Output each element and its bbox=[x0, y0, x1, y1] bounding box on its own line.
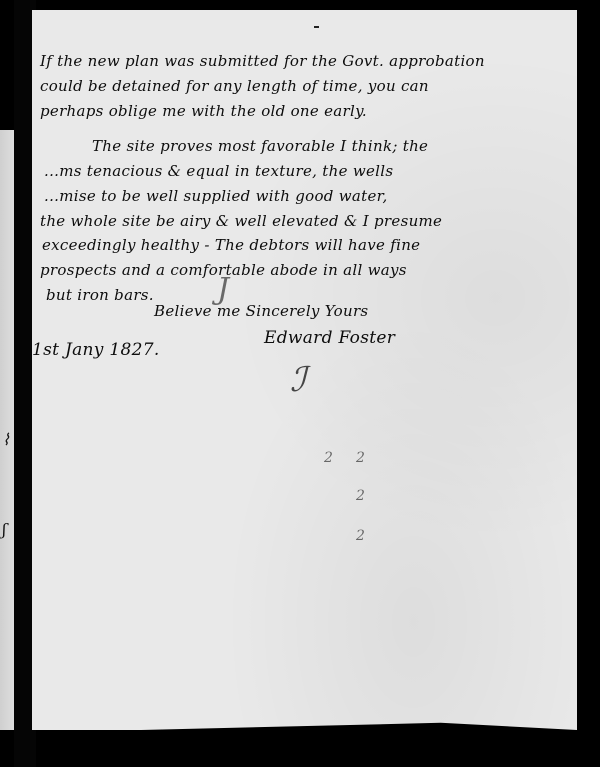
letter-page: If the new plan was submitted for the Go… bbox=[32, 10, 577, 730]
signature: Edward Foster bbox=[264, 328, 395, 348]
letter-line-1: If the new plan was submitted for the Go… bbox=[40, 52, 485, 70]
faint-flourish: ℐ bbox=[290, 360, 306, 400]
closing-salutation: Believe me Sincerely Yours bbox=[154, 302, 368, 320]
page-mark bbox=[314, 26, 319, 28]
letter-line-2: could be detained for any length of time… bbox=[40, 77, 429, 95]
faint-mark: 2 bbox=[356, 450, 365, 466]
letter-date: 1st Jany 1827. bbox=[32, 340, 160, 360]
adjacent-page-scribble: ʃ bbox=[2, 520, 6, 539]
letter-line-3: perhaps oblige me with the old one early… bbox=[40, 102, 367, 120]
faint-mark: 2 bbox=[324, 450, 333, 466]
adjacent-page-scribble: ⌇ bbox=[2, 430, 10, 449]
letter-line-4: The site proves most favorable I think; … bbox=[92, 137, 428, 155]
faint-mark: 2 bbox=[356, 528, 365, 544]
letter-line-7: the whole site be airy & well elevated &… bbox=[40, 212, 442, 230]
faint-mark: 2 bbox=[356, 488, 365, 504]
letter-line-6: ...mise to be well supplied with good wa… bbox=[44, 187, 388, 205]
letter-line-5: ...ms tenacious & equal in texture, the … bbox=[44, 162, 393, 180]
letter-line-4-text: The site proves most favorable I think; … bbox=[92, 137, 428, 155]
letter-line-8: exceedingly healthy - The debtors will h… bbox=[42, 236, 420, 254]
letter-line-10: but iron bars. bbox=[46, 286, 154, 304]
